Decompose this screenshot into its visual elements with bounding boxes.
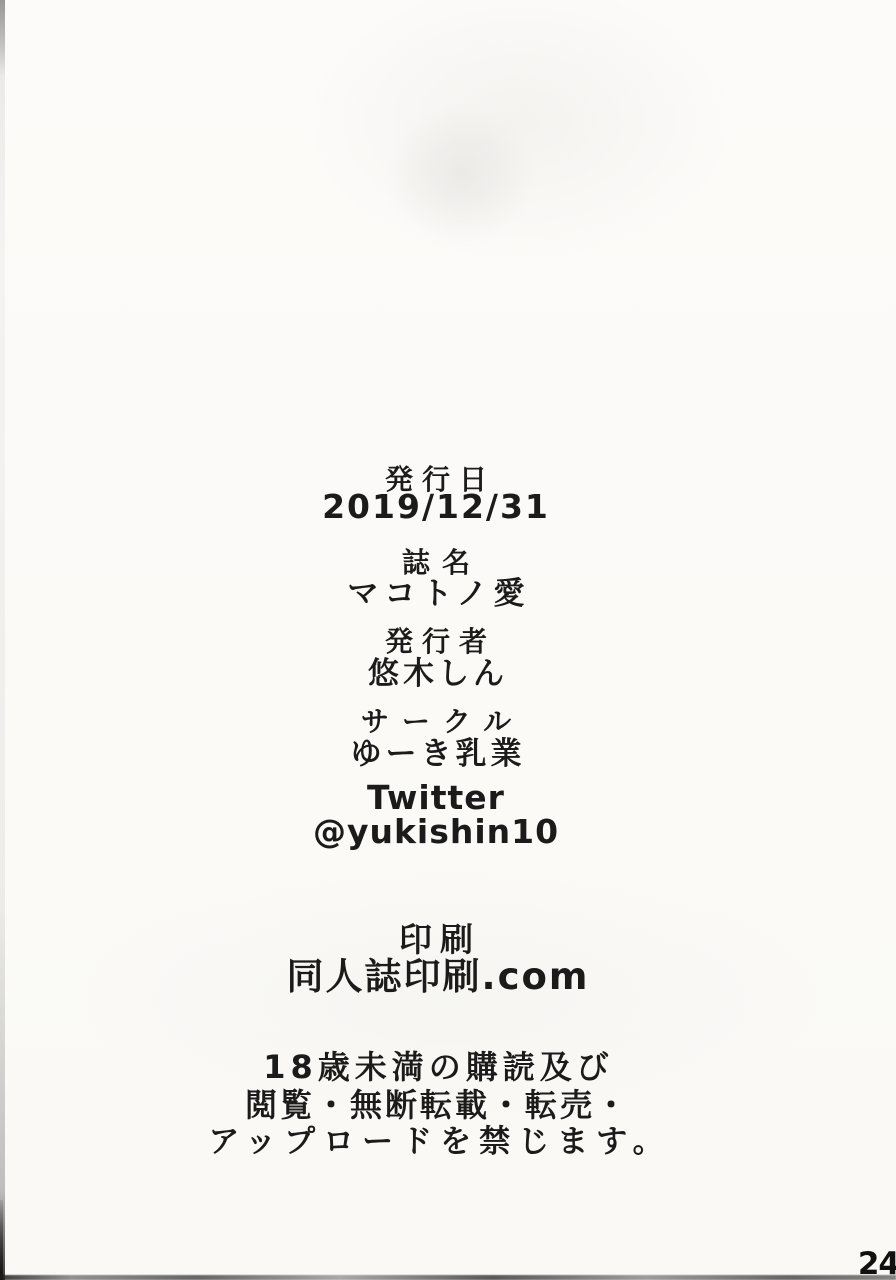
scan-edge-left-dark (0, 1200, 3, 1280)
disclaimer-line-3: アップロードを禁じます。 (0, 1116, 872, 1161)
printer-value: 同人誌印刷.com (0, 946, 872, 1000)
scanned-colophon-page: 発行日 2019/12/31 誌名 マコトノ愛 発行者 悠木しん サークル ゆー… (0, 0, 896, 1280)
publisher-value: 悠木しん (0, 648, 872, 693)
publication-date-value: 2019/12/31 (0, 487, 872, 526)
scan-edge-bottom (0, 1275, 896, 1280)
twitter-handle: @yukishin10 (0, 812, 872, 851)
scan-edge-left (0, 0, 5, 1280)
circle-value: ゆーき乳業 (0, 728, 872, 773)
paper-showthrough-smudge (385, 105, 535, 245)
book-title-value: マコトノ愛 (0, 568, 872, 613)
